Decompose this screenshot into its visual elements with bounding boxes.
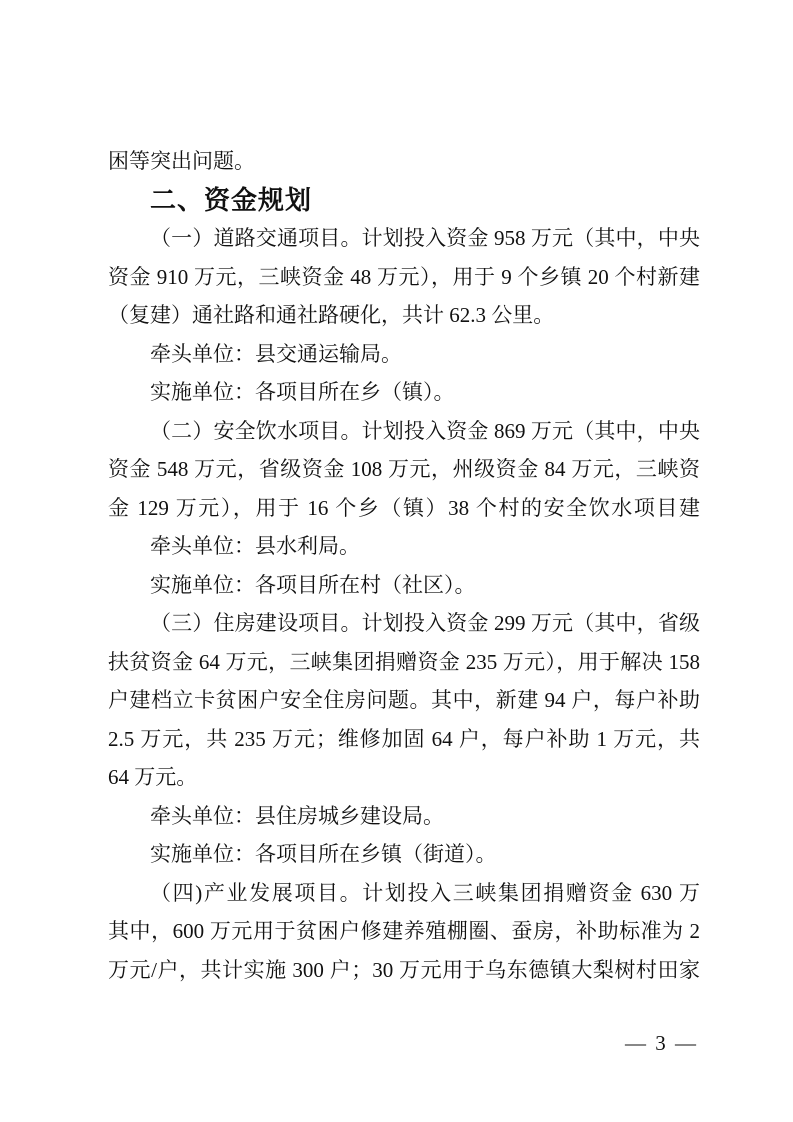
page-number: — 3 — — [625, 1026, 698, 1060]
text-line: （复建）通社路和通社路硬化，共计 62.3 公里。 — [108, 296, 700, 335]
text-line: （二）安全饮水项目。计划投入资金 869 万元（其中，中央 — [108, 412, 700, 451]
text-line: （三）住房建设项目。计划投入资金 299 万元（其中，省级 — [108, 604, 700, 643]
section-heading: 二、资金规划 — [108, 181, 700, 220]
text-line: （一）道路交通项目。计划投入资金 958 万元（其中，中央 — [108, 219, 700, 258]
text-line: 扶贫资金 64 万元，三峡集团捐赠资金 235 万元），用于解决 158 — [108, 643, 700, 682]
text-line: 万元/户，共计实施 300 户；30 万元用于乌东德镇大梨树村田家 — [108, 951, 700, 990]
text-line: 资金 548 万元，省级资金 108 万元，州级资金 84 万元，三峡资 — [108, 450, 700, 489]
text-line: 牵头单位：县水利局。 — [108, 527, 700, 566]
text-line: （四)产业发展项目。计划投入三峡集团捐赠资金 630 万元， — [108, 874, 700, 913]
text-line: 2.5 万元，共 235 万元；维修加固 64 户，每户补助 1 万元，共 — [108, 720, 700, 759]
text-line: 户建档立卡贫困户安全住房问题。其中，新建 94 户，每户补助 — [108, 681, 700, 720]
text-line: 64 万元。 — [108, 758, 700, 797]
text-line: 困等突出问题。 — [108, 142, 700, 181]
text-line: 实施单位：各项目所在村（社区）。 — [108, 566, 700, 605]
text-block: 困等突出问题。 二、资金规划 （一）道路交通项目。计划投入资金 958 万元（其… — [108, 142, 700, 989]
text-line: 其中，600 万元用于贫困户修建养殖棚圈、蚕房，补助标准为 2 — [108, 912, 700, 951]
text-line: 资金 910 万元，三峡资金 48 万元），用于 9 个乡镇 20 个村新建 — [108, 258, 700, 297]
text-line: 金 129 万元），用于 16 个乡（镇）38 个村的安全饮水项目建设。 — [108, 489, 700, 528]
document-page: 困等突出问题。 二、资金规划 （一）道路交通项目。计划投入资金 958 万元（其… — [0, 0, 793, 1122]
text-line: 牵头单位：县住房城乡建设局。 — [108, 797, 700, 836]
text-line: 牵头单位：县交通运输局。 — [108, 335, 700, 374]
text-line: 实施单位：各项目所在乡镇（街道）。 — [108, 835, 700, 874]
text-line: 实施单位：各项目所在乡（镇）。 — [108, 373, 700, 412]
